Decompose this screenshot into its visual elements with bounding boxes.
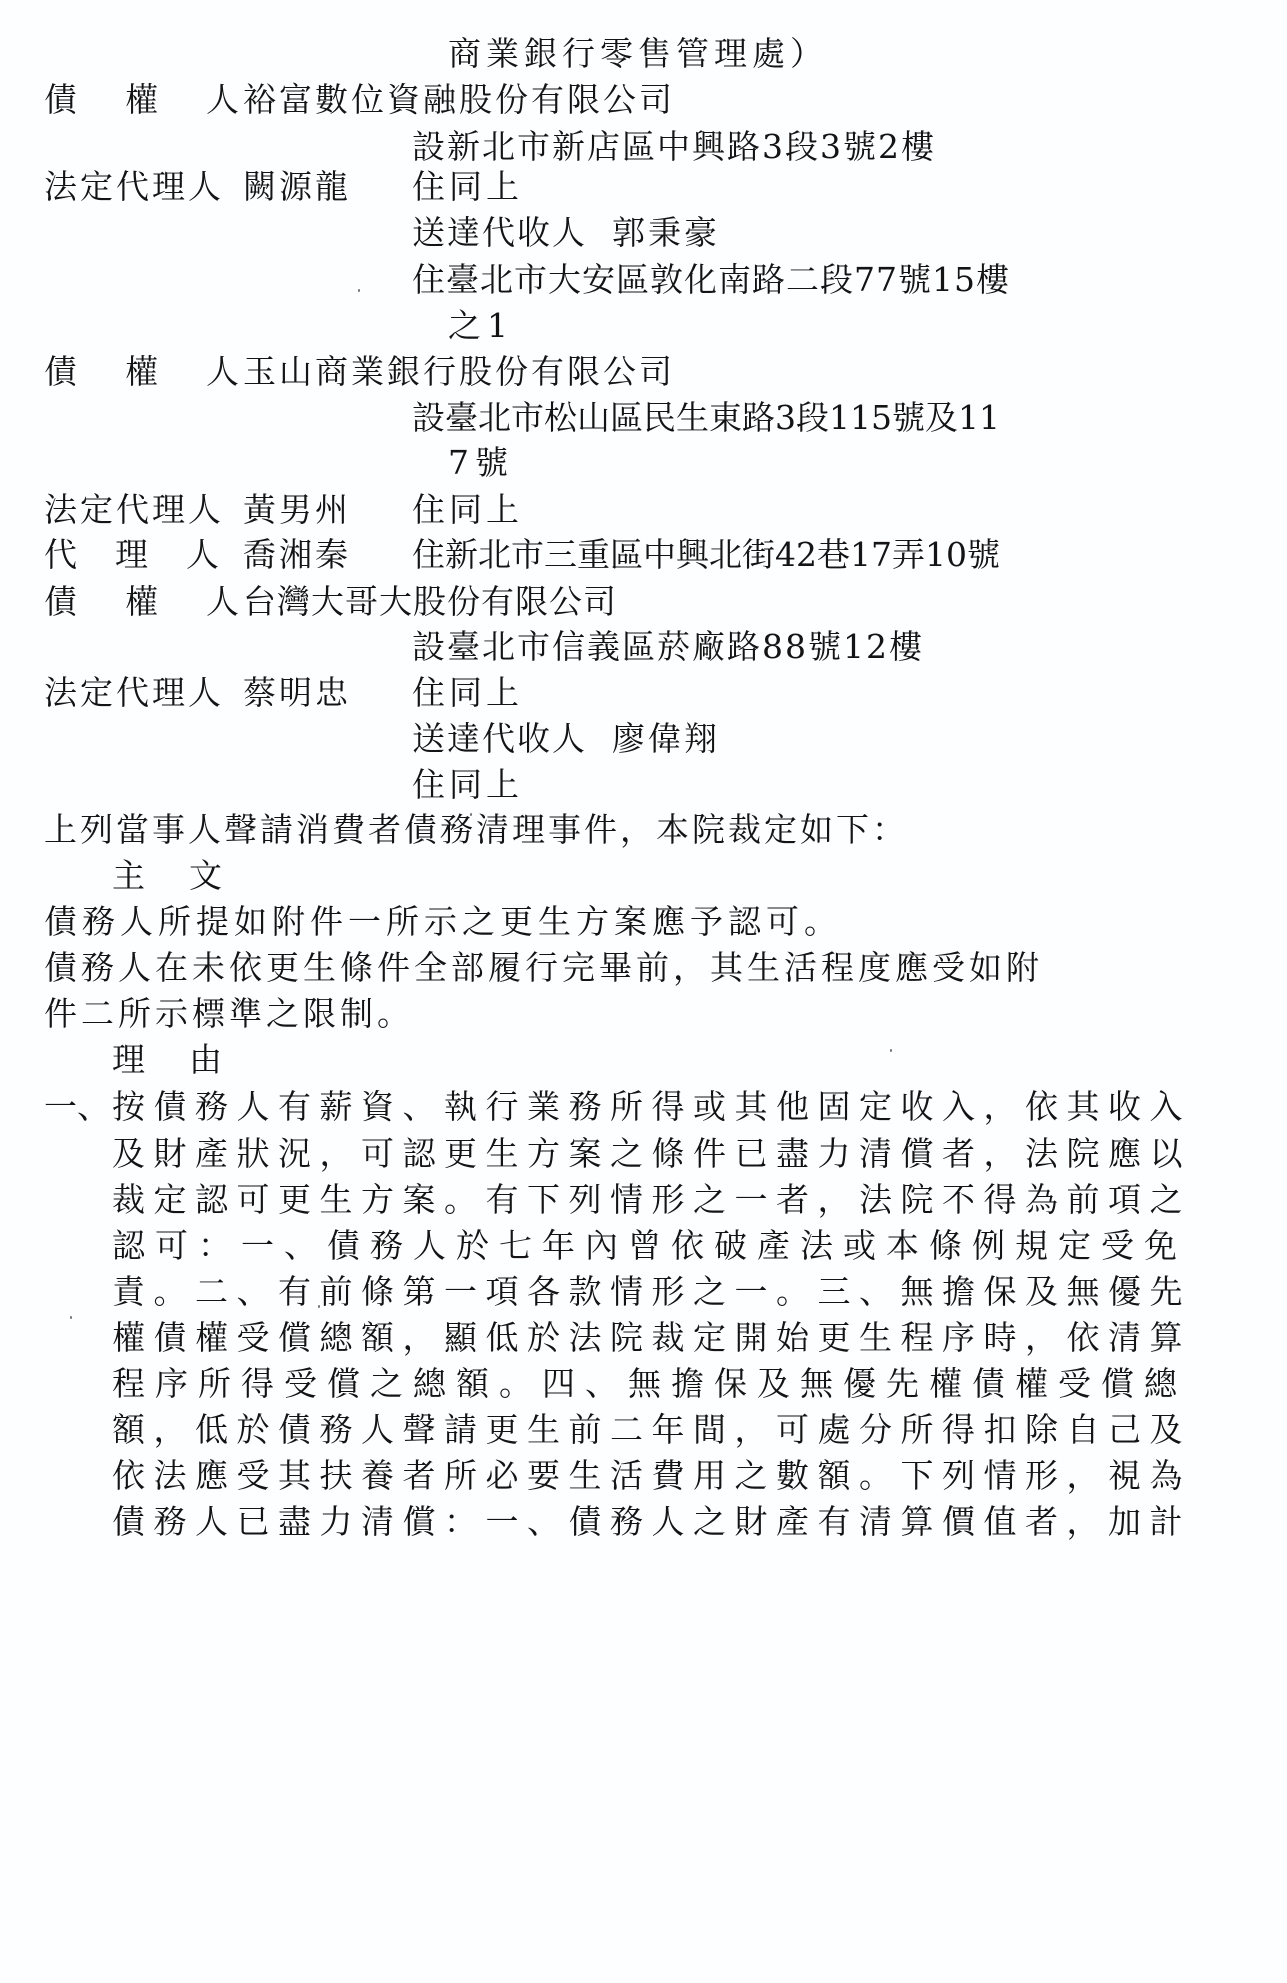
main-text-line: 件二所示標準之限制。	[44, 994, 414, 1034]
reason-line: 額，低於債務人聲請更生前二年間，可處分所得扣除自己及	[112, 1410, 1191, 1450]
scan-speck	[318, 1305, 320, 1308]
party-name: 台灣大哥大股份有限公司	[243, 582, 617, 622]
party-role-agent: 代理人	[44, 535, 257, 575]
party-address-continued: 之1	[448, 306, 514, 346]
party-address: 住同上	[412, 167, 523, 207]
party-name: 廖偉翔	[612, 719, 720, 759]
party-name: 郭秉豪	[612, 213, 720, 253]
reason-line: 裁定認可更生方案。有下列情形之一者，法院不得為前項之	[112, 1180, 1191, 1220]
main-text-heading: 主文	[112, 856, 266, 896]
party-name: 喬湘秦	[243, 535, 351, 575]
party-address: 設新北市新店區中興路3段3號2樓	[412, 127, 936, 167]
scan-speck	[890, 1049, 892, 1052]
party-name: 玉山商業銀行股份有限公司	[243, 352, 675, 392]
reason-item-marker: 一、	[44, 1087, 110, 1127]
reason-line: 權債權受償總額，顯低於法院裁定開始更生程序時，依清算	[112, 1318, 1191, 1358]
party-address: 設臺北市松山區民生東路3段115號及11	[412, 398, 1000, 438]
main-text-line: 債務人在未依更生條件全部履行完畢前，其生活程度應受如附	[44, 948, 1043, 988]
scan-speck	[358, 289, 360, 292]
reason-line: 及財產狀況，可認更生方案之條件已盡力清償者，法院應以	[112, 1134, 1191, 1174]
scan-speck	[206, 1056, 208, 1059]
party-address: 住新北市三重區中興北街42巷17弄10號	[412, 535, 1000, 575]
party-name: 裕富數位資融股份有限公司	[243, 80, 675, 120]
party-address: 住臺北市大安區敦化南路二段77號15樓	[412, 260, 1010, 300]
party-address: 住同上	[412, 673, 523, 713]
scan-speck	[70, 1316, 72, 1319]
reason-line: 認可：一、債務人於七年內曾依破產法或本條例規定受免	[112, 1226, 1187, 1266]
reason-line: 依法應受其扶養者所必要生活費用之數額。下列情形，視為	[112, 1456, 1191, 1496]
main-text-line: 債務人所提如附件一所示之更生方案應予認可。	[44, 902, 842, 942]
scan-speck	[470, 813, 472, 816]
party-address: 住同上	[412, 765, 523, 805]
party-name: 黃男州	[243, 490, 351, 530]
reason-line: 責。二、有前條第一項各款情形之一。三、無擔保及無優先	[112, 1272, 1191, 1312]
party-address: 住同上	[412, 490, 523, 530]
party-role-service-agent: 送達代收人	[412, 213, 587, 253]
party-address-continued: 7號	[448, 443, 514, 483]
reason-line: 債務人已盡力清償：一、債務人之財產有清算價值者，加計	[112, 1502, 1191, 1542]
party-role-service-agent: 送達代收人	[412, 719, 587, 759]
party-role-legal-rep: 法定代理人	[44, 673, 224, 713]
party-address: 設臺北市信義區菸廠路88號12樓	[412, 627, 924, 667]
party-name: 蔡明忠	[243, 673, 351, 713]
party-role-legal-rep: 法定代理人	[44, 490, 224, 530]
header-continuation: 商業銀行零售管理處）	[448, 34, 828, 74]
ruling-intro: 上列當事人聲請消費者債務清理事件，本院裁定如下：	[44, 810, 908, 850]
reason-heading: 理由	[112, 1040, 266, 1080]
reason-line: 按債務人有薪資、執行業務所得或其他固定收入，依其收入	[112, 1087, 1191, 1127]
reason-line: 程序所得受償之總額。四、無擔保及無優先權債權受償總	[112, 1364, 1187, 1404]
party-name: 闕源龍	[243, 167, 351, 207]
party-role-legal-rep: 法定代理人	[44, 167, 224, 207]
